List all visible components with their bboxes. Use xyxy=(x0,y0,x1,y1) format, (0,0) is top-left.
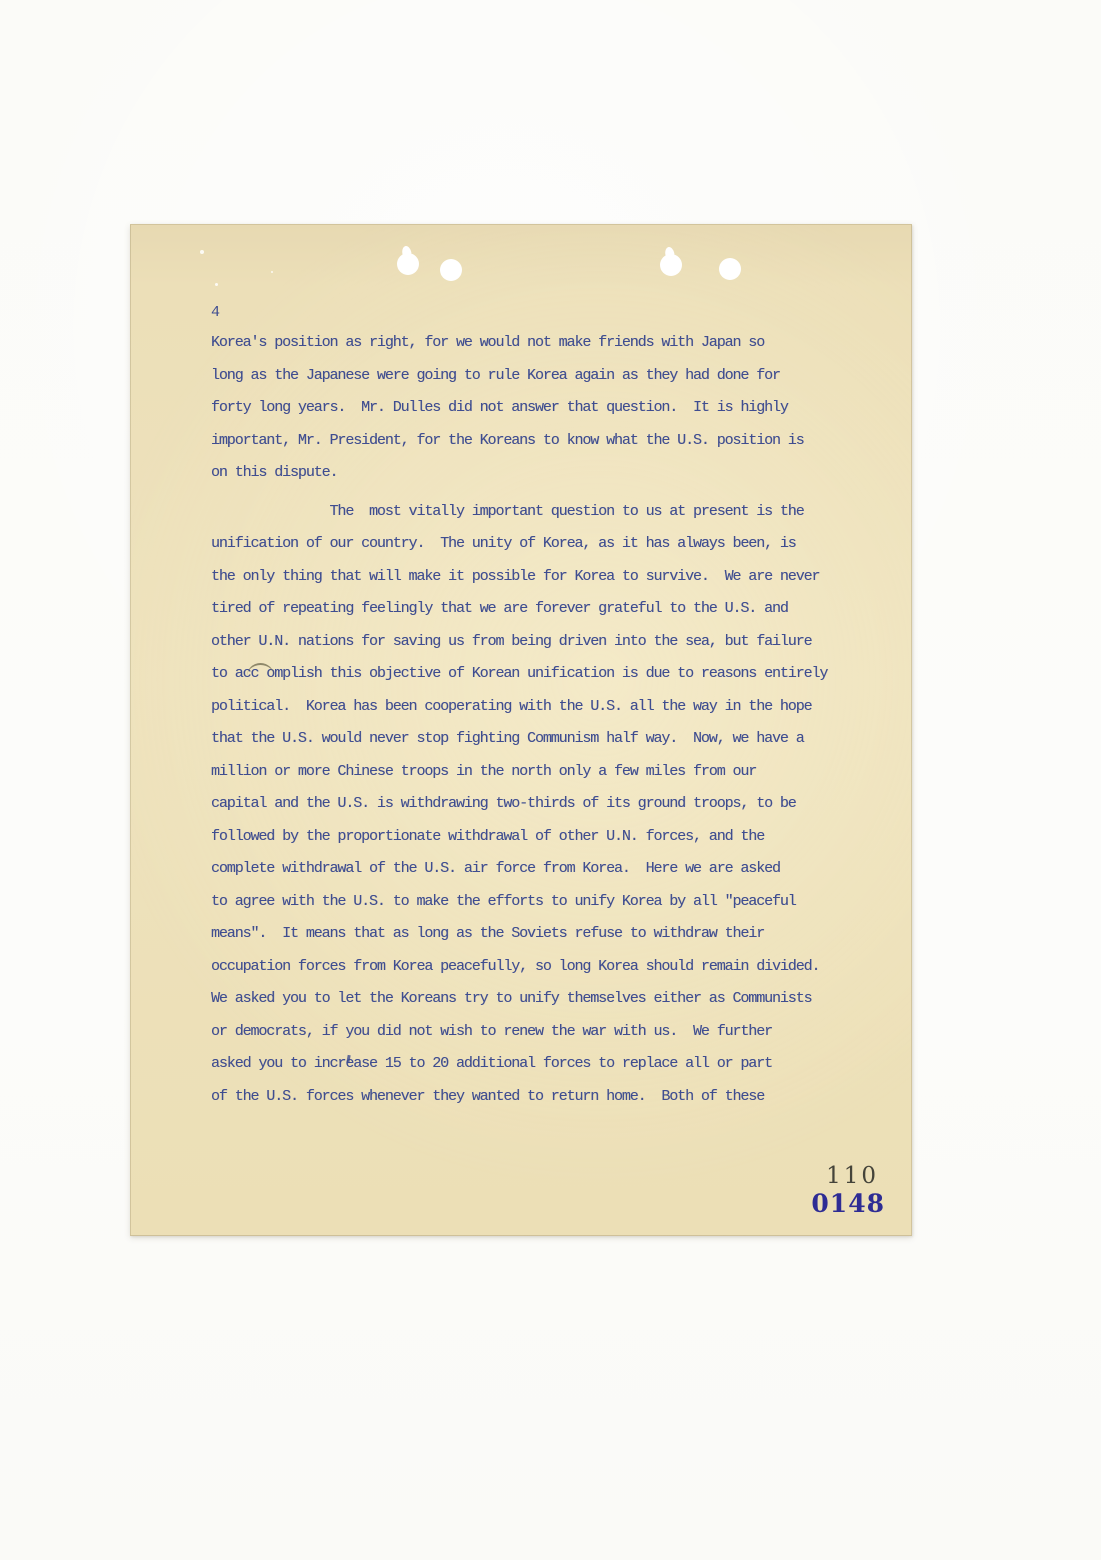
text-line: Korea's position as right, for we would … xyxy=(211,327,871,360)
text-line: important, Mr. President, for the Korean… xyxy=(211,425,871,458)
paper-speck xyxy=(215,283,218,286)
archive-number-stamp: 0148 xyxy=(811,1190,885,1218)
text-line: forty long years. Mr. Dulles did not ans… xyxy=(211,392,871,425)
text-line: capital and the U.S. is withdrawing two-… xyxy=(211,788,871,821)
text-line: asked you to increase 15 to 20 additiona… xyxy=(211,1048,871,1081)
text-line: The most vitally important question to u… xyxy=(211,496,871,529)
folio-number-stamp: 110 xyxy=(811,1163,885,1190)
punch-hole xyxy=(440,259,462,281)
punch-hole xyxy=(397,253,419,275)
document-page: 4 Korea's position as right, for we woul… xyxy=(130,224,912,1236)
text-line: to acc omplish this objective of Korean … xyxy=(211,658,871,691)
text-line: complete withdrawal of the U.S. air forc… xyxy=(211,853,871,886)
text-line: of the U.S. forces whenever they wanted … xyxy=(211,1081,871,1114)
text-line: long as the Japanese were going to rule … xyxy=(211,360,871,393)
text-line: that the U.S. would never stop fighting … xyxy=(211,723,871,756)
text-line: on this dispute. xyxy=(211,457,871,490)
page-number: 4 xyxy=(211,297,219,330)
text-line: to agree with the U.S. to make the effor… xyxy=(211,886,871,919)
punch-hole xyxy=(660,254,682,276)
text-line: unification of our country. The unity of… xyxy=(211,528,871,561)
text-line: the only thing that will make it possibl… xyxy=(211,561,871,594)
archive-stamps: 110 0148 xyxy=(811,1163,885,1218)
text-line: We asked you to let the Koreans try to u… xyxy=(211,983,871,1016)
text-line: political. Korea has been cooperating wi… xyxy=(211,691,871,724)
text-line: tired of repeating feelingly that we are… xyxy=(211,593,871,626)
text-line: occupation forces from Korea peacefully,… xyxy=(211,951,871,984)
paper-speck xyxy=(271,271,273,273)
scan-backdrop: 4 Korea's position as right, for we woul… xyxy=(0,0,1101,1560)
text-line: million or more Chinese troops in the no… xyxy=(211,756,871,789)
typewritten-body: Korea's position as right, for we would … xyxy=(211,327,871,1113)
text-line: followed by the proportionate withdrawal… xyxy=(211,821,871,854)
text-line: or democrats, if you did not wish to ren… xyxy=(211,1016,871,1049)
text-line: means". It means that as long as the Sov… xyxy=(211,918,871,951)
paper-speck xyxy=(200,250,204,254)
punch-hole xyxy=(719,258,741,280)
text-line: other U.N. nations for saving us from be… xyxy=(211,626,871,659)
